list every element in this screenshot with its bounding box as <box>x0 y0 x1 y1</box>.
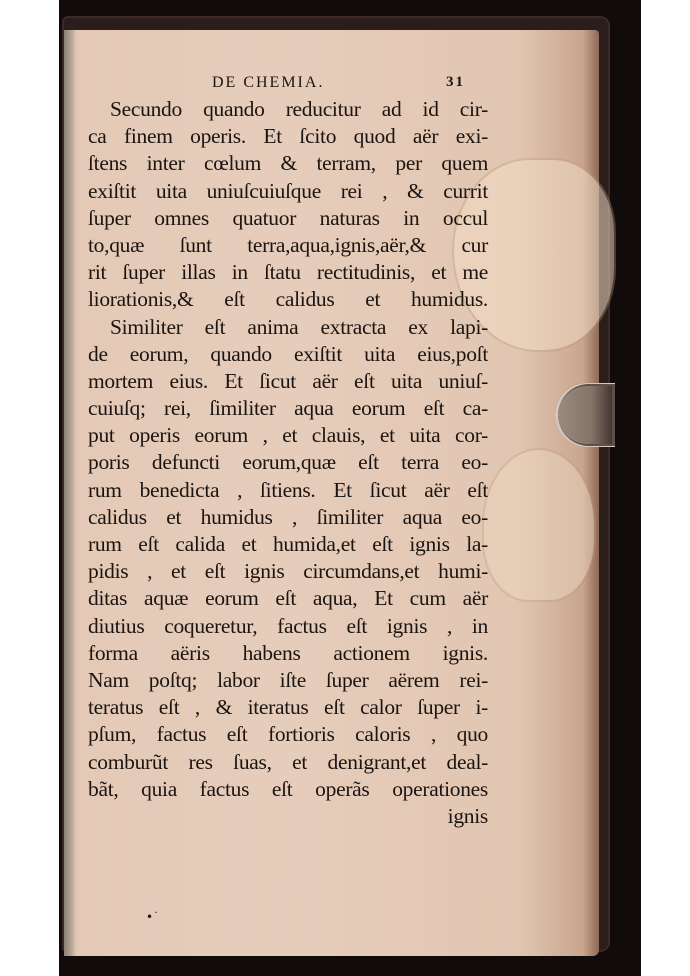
book-clasp <box>555 383 615 447</box>
text-line: rit ſuper illas in ſtatu rectitudinis, e… <box>88 259 488 286</box>
text-line: bãt, quia factus eſt operãs operationes <box>88 776 488 803</box>
text-line: put operis eorum , et clauis, et uita co… <box>88 422 488 449</box>
text-line: de eorum, quando exiſtit uita eius,poſt <box>88 341 488 368</box>
running-head-title: DE CHEMIA. <box>212 74 324 92</box>
text-line: diutius coqueretur, factus eſt ignis , i… <box>88 613 488 640</box>
text-line: ditas aquæ eorum eſt aqua, Et cum aër <box>88 585 488 612</box>
text-line: ſuper omnes quatuor naturas in occul <box>88 205 488 232</box>
text-line: liorationis,& eſt calidus et humidus. <box>88 286 488 313</box>
ink-specks: •˙ <box>146 910 159 924</box>
running-head: DE CHEMIA. 31 <box>88 74 488 96</box>
text-line: exiſtit uita uniuſcuiuſque rei , & curri… <box>88 178 488 205</box>
text-line: cuiuſq; rei, ſimiliter aqua eorum eſt ca… <box>88 395 488 422</box>
text-lines: Secundo quando reducitur ad id cir-ca fi… <box>88 96 488 830</box>
text-line: to,quæ ſunt terra,aqua,ignis,aër,& cur <box>88 232 488 259</box>
text-line: Nam poſtq; labor iſte ſuper aërem rei- <box>88 667 488 694</box>
text-line: rum benedicta , ſitiens. Et ſicut aër eſ… <box>88 477 488 504</box>
text-line: teratus eſt , & iteratus eſt calor ſuper… <box>88 694 488 721</box>
text-line: Secundo quando reducitur ad id cir- <box>88 96 488 123</box>
text-line: mortem eius. Et ſicut aër eſt uita uniuſ… <box>88 368 488 395</box>
text-line: poris defuncti eorum,quæ eſt terra eo- <box>88 449 488 476</box>
text-line: pidis , et eſt ignis circumdans,et humi- <box>88 558 488 585</box>
water-stain <box>484 450 594 600</box>
text-line: calidus et humidus , ſimiliter aqua eo- <box>88 504 488 531</box>
text-line: pſum, factus eſt fortioris caloris , quo <box>88 721 488 748</box>
text-line: ca finem operis. Et ſcito quod aër exi- <box>88 123 488 150</box>
text-line: forma aëris habens actionem ignis. <box>88 640 488 667</box>
text-line: ſtens inter cœlum & terram, per quem <box>88 150 488 177</box>
text-line: ignis <box>88 803 488 830</box>
text-line: rum eſt calida et humida,et eſt ignis la… <box>88 531 488 558</box>
page-number: 31 <box>446 74 465 91</box>
page-text-block: DE CHEMIA. 31 Secundo quando reducitur a… <box>88 74 488 830</box>
text-line: comburũt res ſuas, et denigrant,et deal- <box>88 749 488 776</box>
text-line: Similiter eſt anima extracta ex lapi- <box>88 314 488 341</box>
